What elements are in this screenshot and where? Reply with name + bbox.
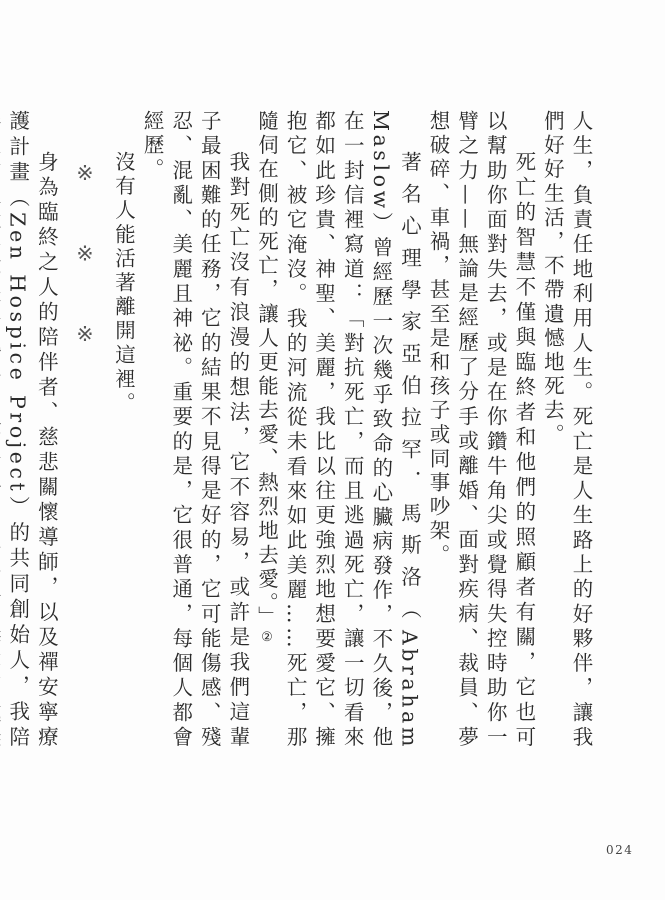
section-break: ※ ※ ※ [70,110,99,750]
footnote-marker[interactable]: ② [259,630,274,645]
paragraph-3: 著名心理學家亞伯拉罕．馬斯洛（Abraham Maslow）曾經歷一次幾乎致命的… [252,110,424,750]
column-spacer [99,110,109,750]
page-number: 024 [606,843,633,857]
paragraph-1: 人生，負責任地利用人生。死亡是人生路上的好夥伴，讓我們好好生活，不帶遺憾地死去。 [538,110,595,750]
paragraph-5: 沒有人能活著離開這裡。 [109,110,138,750]
paragraph-2: 死亡的智慧不僅與臨終者和他們的照顧者有關，它也可以幫助你面對失去，或是在你鑽牛角… [423,110,537,750]
paragraph-6: 身為臨終之人的陪伴者、慈悲關懷導師，以及禪安寧療護計畫（Zen Hospice … [0,110,60,750]
paragraph-4: 我對死亡沒有浪漫的想法，它不容易，或許是我們這輩子最困難的任務，它的結果不見得是… [138,110,252,750]
paragraph-3-text: 著名心理學家亞伯拉罕．馬斯洛（Abraham Maslow）曾經歷一次幾乎致命的… [254,110,421,750]
vertical-text-body: 人生，負責任地利用人生。死亡是人生路上的好夥伴，讓我們好好生活，不帶遺憾地死去。… [0,110,595,750]
column-spacer [60,110,70,750]
book-page: 人生，負責任地利用人生。死亡是人生路上的好夥伴，讓我們好好生活，不帶遺憾地死去。… [0,0,665,900]
